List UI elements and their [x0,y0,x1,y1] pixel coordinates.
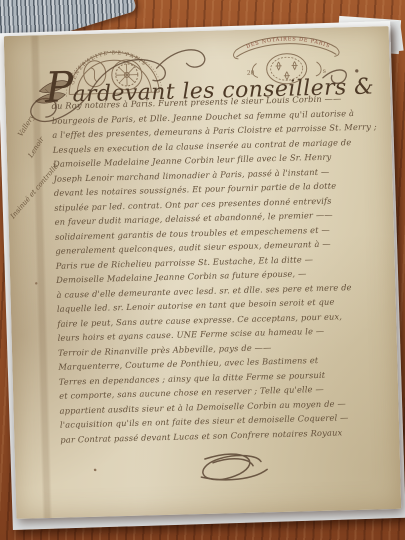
manuscript-body: du Roy notaires à Paris. Furent presents… [51,90,388,446]
heading-initial: P [44,62,73,112]
heading-text: ardevant les conseillers & [72,74,374,107]
paraph-flourish-icon [201,453,268,480]
margin-note: Vallery [16,113,36,138]
manuscript-photo: GENERALITE DE PARIS DES NOTAIRES DE PARI… [0,0,405,540]
document-heading: Pardevant les conseillers & [44,54,375,112]
margin-note: Lenoir [27,135,46,159]
manuscript-page: GENERALITE DE PARIS DES NOTAIRES DE PARI… [4,26,402,519]
